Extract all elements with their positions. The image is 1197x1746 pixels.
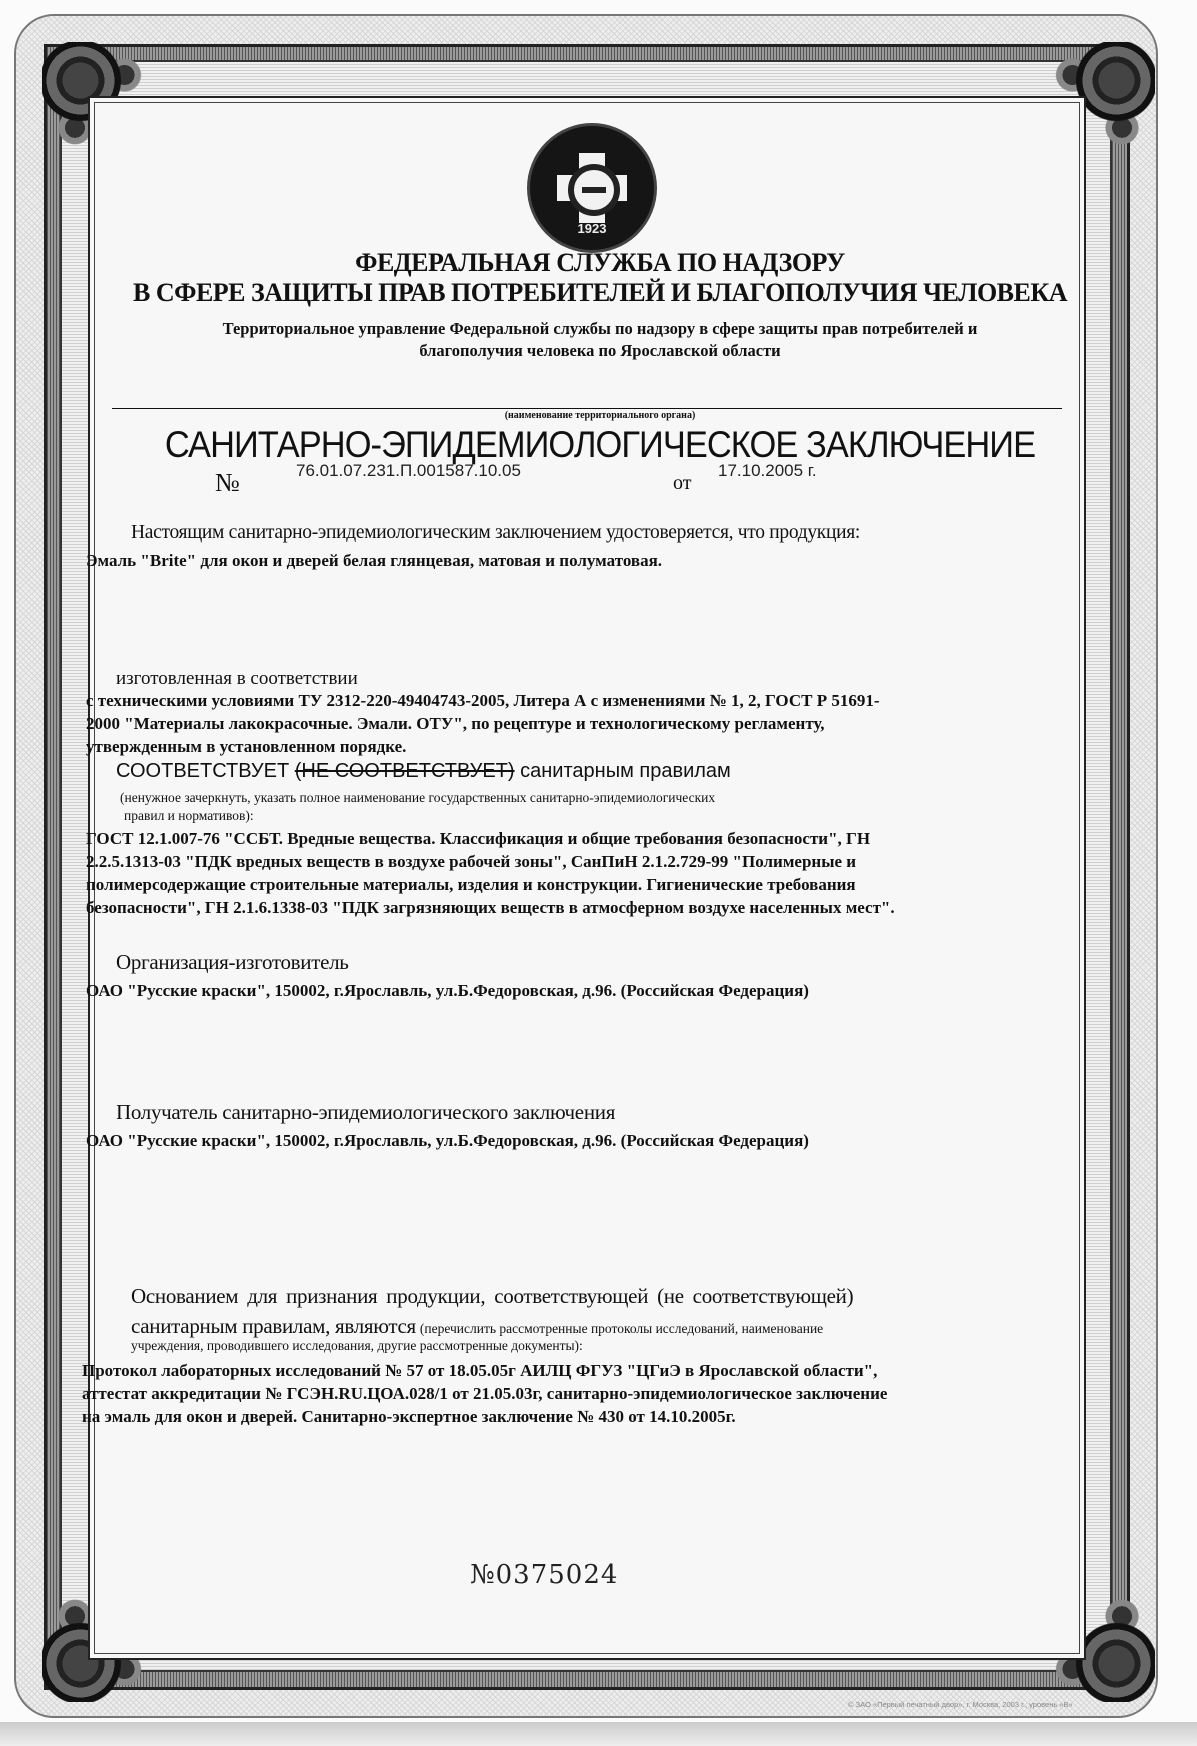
basis-line2: санитарным правилам, являются (перечисли… [131, 1314, 823, 1339]
product-intro: Настоящим санитарно-эпидемиологическим з… [131, 522, 860, 544]
basis-line3-note: учреждения, проводившего исследования, д… [131, 1338, 583, 1354]
compliance-line: безопасности", ГН 2.1.6.1338-03 "ПДК заг… [86, 897, 895, 919]
manufactured-line: с техническими условиями ТУ 2312-220-494… [86, 690, 880, 712]
recipient-value: ОАО "Русские краски", 150002, г.Ярославл… [86, 1130, 809, 1152]
date-label: от [673, 472, 691, 495]
compliance-line: полимерсодержащие строительные материалы… [86, 874, 856, 896]
manufacturer-label: Организация-изготовитель [116, 950, 349, 975]
document-number: 76.01.07.231.П.001587.10.05 [296, 461, 521, 481]
product-name: Эмаль "Brite" для окон и дверей белая гл… [86, 550, 662, 572]
recipient-label: Получатель санитарно-эпидемиологического… [116, 1100, 615, 1125]
manufactured-label: изготовленная в соответствии [116, 668, 358, 690]
compliance-heading: СООТВЕТСТВУЕТ (НЕ СООТВЕТСТВУЕТ) санитар… [116, 760, 731, 783]
territorial-office-line2: благополучия человека по Ярославской обл… [70, 340, 1130, 362]
agency-emblem-icon: 1923 [527, 123, 657, 253]
divider [112, 408, 1062, 409]
form-serial-number: №0375024 [470, 1560, 618, 1590]
agency-name-line1: ФЕДЕРАЛЬНАЯ СЛУЖБА ПО НАДЗОРУ [100, 248, 1100, 278]
emblem-year: 1923 [530, 221, 654, 236]
number-label: № [215, 468, 240, 498]
not-conforms-text-struck: (НЕ СООТВЕТСТВУЕТ) [295, 760, 515, 782]
manufacturer-value: ОАО "Русские краски", 150002, г.Ярославл… [86, 980, 809, 1002]
basis-line: Протокол лабораторных исследований № 57 … [82, 1360, 877, 1382]
conforms-text: СООТВЕТСТВУЕТ [116, 760, 289, 782]
compliance-heading-tail: санитарным правилам [520, 760, 731, 782]
printer-imprint: © ЗАО «Первый печатный двор», г. Москва,… [848, 1700, 1073, 1709]
manufactured-line: утвержденным в установленном порядке. [86, 736, 406, 758]
basis-line1: Основанием для признания продукции, соот… [131, 1284, 853, 1309]
document-title: САНИТАРНО-ЭПИДЕМИОЛОГИЧЕСКОЕ ЗАКЛЮЧЕНИЕ [135, 424, 1065, 466]
compliance-note-line1: (ненужное зачеркнуть, указать полное наи… [120, 790, 715, 806]
basis-line2-note: (перечислить рассмотренные протоколы исс… [420, 1321, 823, 1336]
compliance-line: ГОСТ 12.1.007-76 "ССБТ. Вредные вещества… [86, 828, 870, 850]
basis-line2-main: санитарным правилам, являются [131, 1314, 416, 1338]
manufactured-line: 2000 "Материалы лакокрасочные. Эмали. ОТ… [86, 713, 825, 735]
compliance-line: 2.2.5.1313-03 "ПДК вредных веществ в воз… [86, 851, 856, 873]
territorial-caption: (наименование территориального органа) [100, 410, 1100, 421]
agency-name-line2: В СФЕРЕ ЗАЩИТЫ ПРАВ ПОТРЕБИТЕЛЕЙ И БЛАГО… [100, 278, 1100, 308]
basis-line: аттестат аккредитации № ГСЭН.RU.ЦОА.028/… [82, 1383, 887, 1405]
scan-edge [0, 1722, 1197, 1746]
document-date: 17.10.2005 г. [718, 461, 817, 481]
territorial-office-line1: Территориальное управление Федеральной с… [70, 318, 1130, 340]
basis-line: на эмаль для окон и дверей. Санитарно-эк… [82, 1406, 736, 1428]
compliance-note-line2: правил и нормативов): [124, 808, 254, 824]
certificate-sheet: 1923 ФЕДЕРАЛЬНАЯ СЛУЖБА ПО НАДЗОРУ В СФЕ… [0, 0, 1197, 1746]
